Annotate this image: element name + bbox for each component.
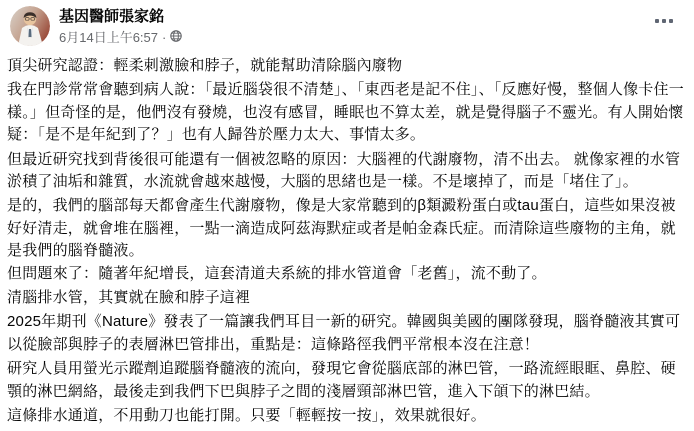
avatar[interactable]: [10, 6, 50, 46]
post-body: 頂尖研究認證：輕柔刺激臉和脖子，就能幫助清除腦內廢物 我在門診常常會聽到病人說：…: [7, 55, 686, 428]
post-paragraph: 這條排水通道，不用動刀也能打開。只要「輕輕按一按」，效果就很好。: [7, 405, 686, 427]
doctor-avatar-image: [10, 6, 50, 46]
post-paragraph: 研究人員用螢光示蹤劑追蹤腦脊髓液的流向，發現它會從腦底部的淋巴管，一路流經眼眶、…: [7, 358, 686, 403]
globe-icon: [170, 29, 182, 47]
post-header: 基因醫師張家銘 6月14日上午6:57 ·: [7, 6, 686, 47]
post-paragraph: 是的，我們的腦部每天都會產生代謝廢物，像是大家常聽到的β類澱粉蛋白或tau蛋白，…: [7, 195, 686, 285]
post-paragraph-subheading: 清腦排水管，其實就在臉和脖子這裡: [7, 287, 686, 309]
post-paragraph: 我在門診常常會聽到病人說：「最近腦袋很不清楚」、「東西老是記不住」、「反應好慢，…: [7, 79, 686, 146]
post-paragraph: 2025年期刊《Nature》發表了一篇讓我們耳目一新的研究。韓國與美國的團隊發…: [7, 311, 686, 356]
post-paragraph: 但最近研究找到背後很可能還有一個被忽略的原因：大腦裡的代謝廢物，清不出去。 就像…: [7, 149, 686, 194]
author-name[interactable]: 基因醫師張家銘: [59, 7, 182, 27]
header-info: 基因醫師張家銘 6月14日上午6:57 ·: [59, 6, 182, 47]
ellipsis-icon: [655, 19, 659, 23]
facebook-post: 基因醫師張家銘 6月14日上午6:57 ·: [0, 0, 694, 431]
meta-separator: ·: [162, 29, 166, 47]
timestamp[interactable]: 6月14日上午6:57: [59, 29, 158, 47]
post-meta: 6月14日上午6:57 ·: [59, 28, 182, 47]
post-paragraph-title: 頂尖研究認證：輕柔刺激臉和脖子，就能幫助清除腦內廢物: [7, 55, 686, 77]
more-options-button[interactable]: [650, 10, 678, 32]
